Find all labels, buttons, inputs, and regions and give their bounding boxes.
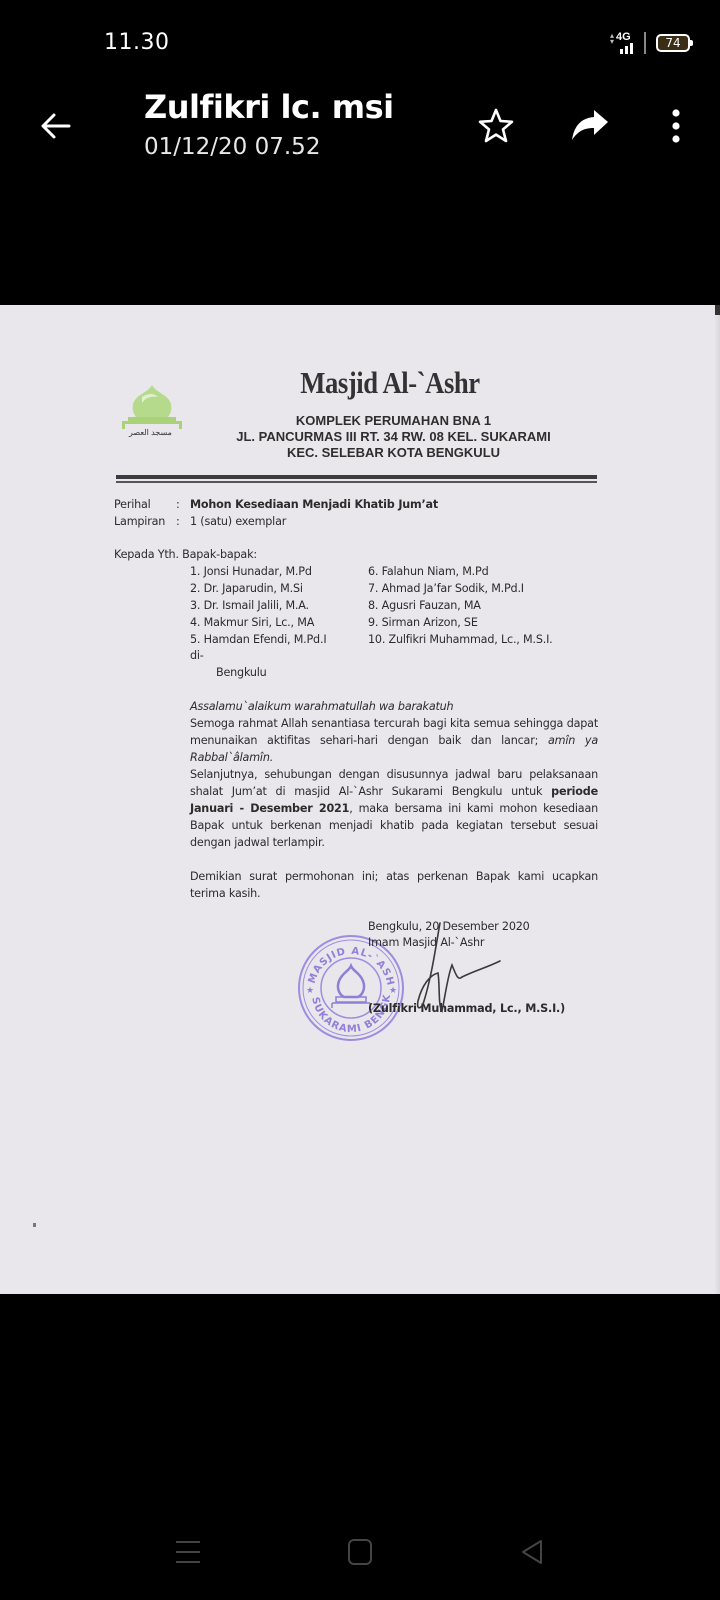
recipient-item: 5. Hamdan Efendi, M.Pd.I (190, 633, 326, 646)
recipient-item: 7. Ahmad Ja’far Sodik, M.Pd.I (368, 582, 524, 595)
network-type: 4G (616, 31, 631, 43)
city-label: Bengkulu (216, 666, 267, 679)
letterhead-divider (116, 475, 597, 479)
recipient-item: 9. Sirman Arizon, SE (368, 616, 478, 629)
home-square-icon (347, 1538, 373, 1566)
star-outline-icon (477, 107, 515, 145)
paragraph-3: Demikian surat permohonan ini; atas perk… (190, 868, 598, 902)
battery-level: 74 (665, 36, 680, 50)
scan-speck (33, 1223, 36, 1227)
status-icons: ▴▾ 4G 74 (610, 32, 690, 54)
data-arrows-icon: ▴▾ (610, 33, 614, 45)
recipient-item: 1. Jonsi Hunadar, M.Pd (190, 565, 312, 578)
arrow-left-icon (39, 109, 73, 143)
more-vertical-icon (669, 108, 683, 144)
back-triangle-icon (519, 1538, 545, 1566)
handwritten-signature (378, 915, 508, 1025)
perihal-label: Perihal (114, 498, 151, 511)
more-options-button[interactable] (654, 104, 698, 148)
paragraph-1: Semoga rahmat Allah senantiasa tercurah … (190, 715, 598, 766)
perihal-value: Mohon Kesediaan Menjadi Khatib Jum’at (190, 498, 438, 511)
recipient-item: 10. Zulfikri Muhammad, Lc., M.S.I. (368, 633, 553, 646)
letterhead-divider (116, 481, 597, 483)
letterhead-address-line: KOMPLEK PERUMAHAN BNA 1 (120, 413, 667, 428)
lampiran-value: 1 (satu) exemplar (190, 515, 286, 528)
lampiran-sep: : (176, 515, 180, 528)
letterhead-title: Masjid Al-`Ashr (252, 365, 527, 401)
letterhead-address-line: KEC. SELEBAR KOTA BENGKULU (120, 445, 667, 460)
document-image[interactable]: مسجد العصر Masjid Al-`Ashr KOMPLEK PERUM… (0, 305, 720, 1294)
paragraph-2: Selanjutnya, sehubungan dengan disusunny… (190, 766, 598, 851)
share-arrow-icon (570, 108, 610, 144)
recipient-item: 3. Dr. Ismail Jalili, M.A. (190, 599, 309, 612)
star-button[interactable] (474, 104, 518, 148)
recipient-item: 4. Makmur Siri, Lc., MA (190, 616, 314, 629)
battery-icon: 74 (656, 34, 690, 52)
recipient-item: 8. Agusri Fauzan, MA (368, 599, 481, 612)
signal-icon: ▴▾ 4G (610, 32, 646, 54)
greeting: Assalamu`alaikum warahmatullah wa baraka… (190, 700, 453, 713)
lampiran-label: Lampiran (114, 515, 165, 528)
share-button[interactable] (568, 104, 612, 148)
di-label: di- (190, 649, 204, 662)
recent-apps-button[interactable] (166, 1530, 210, 1574)
letterhead-address-line: JL. PANCURMAS III RT. 34 RW. 08 KEL. SUK… (120, 429, 667, 444)
status-time: 11.30 (104, 30, 169, 55)
recipients-intro: Kepada Yth. Bapak-bapak: (114, 548, 257, 561)
recipient-item: 6. Falahun Niam, M.Pd (368, 565, 488, 578)
sender-title: Zulfikri lc. msi (144, 88, 394, 126)
perihal-sep: : (176, 498, 180, 511)
svg-text:★: ★ (306, 985, 314, 995)
menu-lines-icon (175, 1540, 201, 1564)
home-button[interactable] (338, 1530, 382, 1574)
sent-timestamp: 01/12/20 07.52 (144, 134, 320, 160)
back-button[interactable] (36, 106, 76, 146)
system-back-button[interactable] (510, 1530, 554, 1574)
recipient-item: 2. Dr. Japarudin, M.Si (190, 582, 303, 595)
